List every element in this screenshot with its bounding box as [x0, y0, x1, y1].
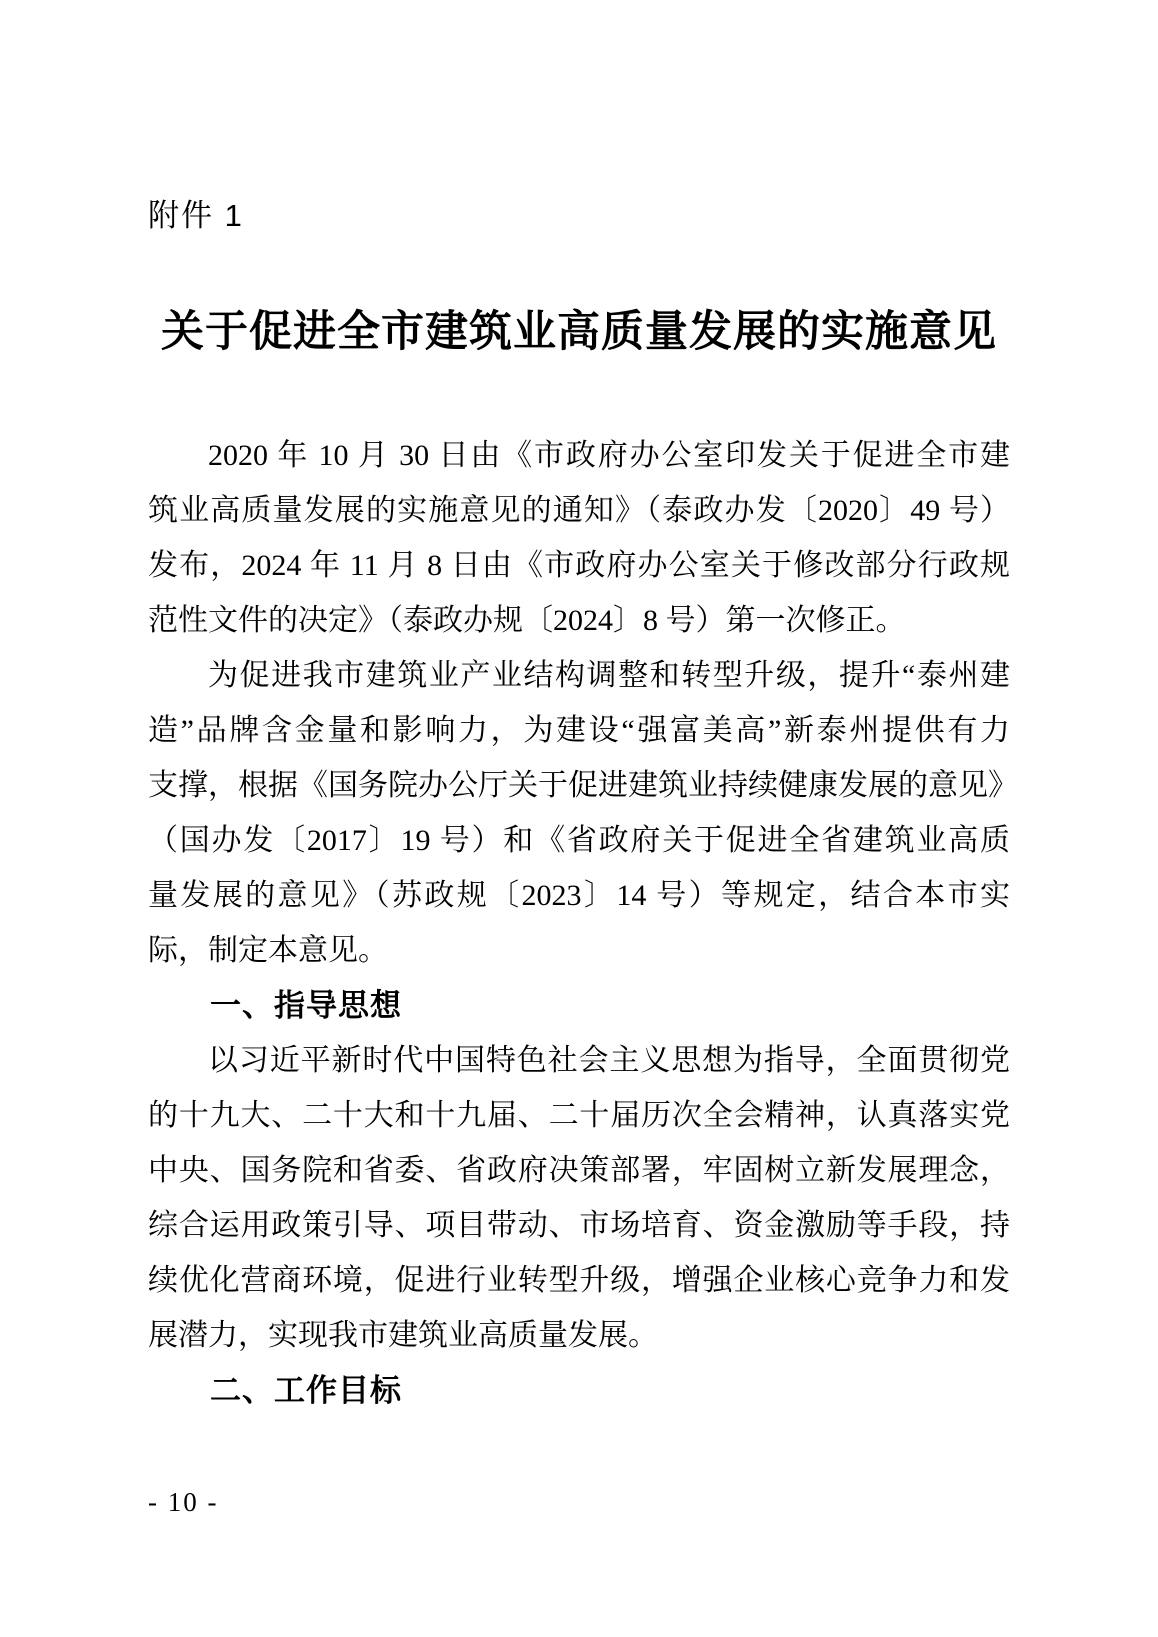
paragraph-line: 际，制定本意见。 — [148, 923, 1010, 978]
paragraph-line: 的十九大、二十大和十九届、二十届历次全会精神，认真落实党 — [148, 1088, 1010, 1143]
paragraph-line: （国办发〔2017〕19 号）和《省政府关于促进全省建筑业高质 — [148, 813, 1010, 868]
paragraph-line: 造”品牌含金量和影响力，为建设“强富美高”新泰州提供有力 — [148, 703, 1010, 758]
paragraph-line: 范性文件的决定》（泰政办规〔2024〕8 号）第一次修正。 — [148, 593, 1010, 648]
document-body: 2020 年 10 月 30 日由《市政府办公室印发关于促进全市建 筑业高质量发… — [148, 428, 1010, 1418]
paragraph-line: 量发展的意见》（苏政规〔2023〕14 号）等规定，结合本市实 — [148, 868, 1010, 923]
attachment-label: 附件 1 — [148, 196, 244, 236]
paragraph-3: 以习近平新时代中国特色社会主义思想为指导，全面贯彻党 的十九大、二十大和十九届、… — [148, 1033, 1010, 1363]
paragraph-line: 为促进我市建筑业产业结构调整和转型升级，提升“泰州建 — [148, 648, 1010, 703]
paragraph-line: 发布，2024 年 11 月 8 日由《市政府办公室关于修改部分行政规 — [148, 538, 1010, 593]
paragraph-line: 以习近平新时代中国特色社会主义思想为指导，全面贯彻党 — [148, 1033, 1010, 1088]
document-title: 关于促进全市建筑业高质量发展的实施意见 — [120, 298, 1038, 359]
paragraph-line: 展潜力，实现我市建筑业高质量发展。 — [148, 1308, 1010, 1363]
paragraph-2: 为促进我市建筑业产业结构调整和转型升级，提升“泰州建 造”品牌含金量和影响力，为… — [148, 648, 1010, 978]
section-heading-guiding-ideology: 一、指导思想 — [148, 978, 1010, 1033]
paragraph-line: 2020 年 10 月 30 日由《市政府办公室印发关于促进全市建 — [148, 428, 1010, 483]
paragraph-line: 支撑，根据《国务院办公厅关于促进建筑业持续健康发展的意见》 — [148, 758, 1010, 813]
paragraph-line: 续优化营商环境，促进行业转型升级，增强企业核心竞争力和发 — [148, 1253, 1010, 1308]
paragraph-1: 2020 年 10 月 30 日由《市政府办公室印发关于促进全市建 筑业高质量发… — [148, 428, 1010, 648]
section-heading-work-goals: 二、工作目标 — [148, 1363, 1010, 1418]
paragraph-line: 筑业高质量发展的实施意见的通知》（泰政办发〔2020〕49 号） — [148, 483, 1010, 538]
document-page: 附件 1 关于促进全市建筑业高质量发展的实施意见 2020 年 10 月 30 … — [0, 0, 1158, 1637]
page-number: - 10 - — [148, 1487, 218, 1518]
paragraph-line: 综合运用政策引导、项目带动、市场培育、资金激励等手段，持 — [148, 1198, 1010, 1253]
paragraph-line: 中央、国务院和省委、省政府决策部署，牢固树立新发展理念， — [148, 1143, 1010, 1198]
